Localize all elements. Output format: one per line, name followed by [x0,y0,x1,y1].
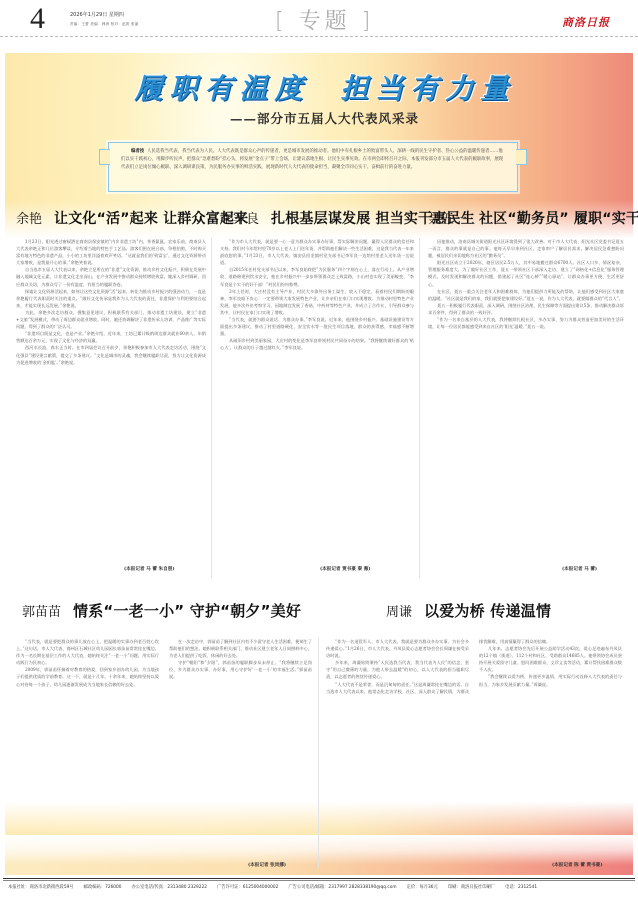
footer-divider-thin [3,880,635,881]
article-title: 社区“勤务员” 履职“实干家” [479,208,638,228]
representative-name: 余艳 [16,208,42,227]
paragraph: 3年上任时，大庄村没有主导产业，村民大多靠外出务工谋生，收入不稳定，看着村民们期… [220,288,414,316]
article-title: 情系“一老一小” 守护“朝夕”美好 [73,600,301,621]
article-byline: (本报记者 张岚娜) [248,862,286,868]
paragraph: 多年来，周谦始终秉持“人民选我当代表、我当代表为人民”的信念，坚守“用自己微薄的… [326,659,469,680]
representative-name: 周谦 [386,601,412,620]
article-body: 因他推动，洛南县城关街道阳光社区环境得到了很大改善。对于市人大代表、阳光社区党委… [428,238,624,563]
paragraph: 自2015年任村党支部书记以来，李军良始终把“为民服务”四个字刻在心上，落在行动… [220,266,414,287]
paragraph: 阳光社区成立于2020年，辖区居民2.5万人，其中易地搬迁群众6700人。社区人… [428,259,624,287]
article-title: 以爱为桥 传递温情 [424,600,551,621]
article-body: “作为一名退役军人、市人大代表，我就是要为群众多办实事、为社会多传递爱心。”1月… [326,638,622,860]
paragraph: 从破旧乡村到美丽家园，大庄村的变化是李军良带领村民共同奋斗的结果。“我将继续做好… [220,337,414,351]
editors-note-body: 人民选我当代表，我当代表为人民。人大代表既是群众心声的传递者，更是城市发展的推动… [121,149,503,170]
ad-contact: 广告公司电话/邮箱：2317997 2828338190@qq.com [288,884,396,890]
paragraph: 1月23日，阳光透过窗棂洒在商南县保安镇的“内乡非遗工坊”内，茶香氤氲。农家乐前… [16,238,206,266]
paragraph: “我会继续以爱为桥，传递更多温情，用实际行动诠释人大代表的责任与担当，为家乡发展… [479,673,622,687]
article-headline: 余艳 让文化“活”起来 让群众富起来 [16,208,248,228]
publisher-info: 本报社址：商洛市北新街西段59号 邮政编码：726000 办公室电话/传真：23… [8,884,634,890]
editors-note-text: 编者按 人民选我当代表，我当代表为人民。人大代表既是群众心声的传递者，更是城市发… [121,148,505,172]
paragraph: “当代表，就是要把群众的事儿放在心上，把温暖的实事办到老百姓心坎上。”这句话，市… [16,638,159,666]
masthead: 4 2026年1月29日 星期四 责编：王蕾 美编：韩涛 校对：赵波 张丽 [ … [0,0,638,40]
postcode: 邮政编码：726000 [84,884,122,890]
article-body: “当代表，就是要把群众的事儿放在心上，把温暖的实事办到老百姓心坎上。”这句话，市… [16,638,312,860]
publication-date: 2026年1月29日 星期四 [70,11,124,18]
paragraph: 探索让文化资源活起来，如何让这些文化资源“活”起来，转化为推动乡村振兴的强劲动力… [16,288,206,309]
feature-title: 履职有温度 担当有力量 [95,67,555,107]
paragraph: 为此，余艳多次走访群众，搜集意见建议，积极联系有关部门，推动非遗工坊建设，建立“… [16,309,206,330]
paragraph: 在社区，聂五一重点关注老年人和困难群体，为他们提供力所能及的帮助，让他们感受到社… [428,288,624,302]
footer-divider [3,878,635,879]
paragraph: 聂五一积极履行代表职责，深入调研，围绕社区治理、民生保障等方面提出建议5条，推动… [428,302,624,316]
section-label: [ 专题 ] [275,4,374,35]
column-divider [419,238,420,578]
subscription-price: 定价：每月36元 [407,884,438,890]
publisher-address: 本报社址：商洛市北新街西段59号 [8,884,74,890]
paragraph: “作为一名退役军人、市人大代表，我就是要为群众多办实事、为社会多传递爱心。”1月… [326,638,469,659]
paragraph: 因他推动，洛南县城关街道阳光社区环境得到了很大改善。对于市人大代表、阳光社区党委… [428,238,624,259]
representative-name: 郭苗苗 [22,601,61,620]
article-byline: (本报记者 陈 蕾 贾书豪) [552,862,603,868]
article-headline: 郭苗苗 情系“一老一小” 守护“朝夕”美好 [22,600,301,621]
article-byline: (本报记者 贾书豪 秦 薇) [320,566,371,572]
article-body: “作为市人大代表，就是要一心一意为群众办实事办好事，帮实际解决问题，赢得人民群众… [220,238,414,563]
article-headline: 周谦 以爱为桥 传递温情 [386,600,551,621]
editors-note: 编者按 人民选我当代表，我当代表为人民。人大代表既是群众心声的传递者，更是城市发… [108,142,518,192]
representative-name: 聂五一 [428,208,467,227]
column-divider [318,638,319,868]
printer: 印刷：商洛日报社印刷厂 [448,884,495,890]
paragraph: 2009年，郭苗苗怀揣着对教育的热爱，回到家乡创办幼儿园，为当地孩子们提供优质的… [16,666,159,687]
representative-name: 李军良 [220,208,259,227]
paragraph: “当代表，就要为群众说话、为群众办事。”李军良说。近年来，他围绕乡村振兴、基础设… [220,316,414,337]
paragraph: “作为市人大代表，就是要一心一意为群众办实事办好事，帮实际解决问题，赢得人民群众… [220,238,414,266]
article-byline: (本报记者 马 蕾 朱自朋) [124,566,175,572]
paragraph: “非遗项目既是文化，也是产业。”余艳介绍，近年来，工坊已累计吸纳周边群众就业60… [16,330,206,344]
paragraph: 西河水长流，春水正当时。在市四届会议召开前夕，余艳积极参加市人大代表走访活动，围… [16,344,206,365]
header-divider [0,36,638,37]
paragraph: 在一次走访中，郭苗苗了解到社区内有不少留守老人生活困难，便萌生了帮助他们的想法。… [169,638,312,659]
ad-license: 广告许可证：6125004000002 [217,884,278,890]
feature-subtitle: ——部分市五届人大代表风采录 [230,109,419,127]
paragraph: 几年来，志愿者协会先后开展公益助学活动43次，爱心足迹遍布丹凤县的12个镇（街道… [479,645,622,673]
editor-credits: 责编：王蕾 美编：韩涛 校对：赵波 张丽 [70,22,139,27]
page-number: 4 [30,4,45,34]
newspaper-logo: 商洛日报 [562,14,610,30]
column-divider [211,238,212,578]
paragraph: 自当选市五届人大代表以来，余艳立足所在的“非遗”文化资源，推动乡村文化振兴，积极… [16,266,206,287]
paragraph: “作为一名来自基层的人大代表，我将继续扎根社区，多办实事，努力为群众营造更加美好… [428,316,624,330]
article-byline: (本报记者 马 蕾) [562,566,597,572]
article-body: 1月23日，阳光透过窗棂洒在商南县保安镇的“内乡非遗工坊”内，茶香氤氲。农家乐前… [16,238,206,563]
printer-phone: 电话：2312541 [505,884,537,890]
editors-note-label: 编者按 [131,149,144,154]
paragraph: 守护“朝阳”和“夕阳”，郭苗苗的履职脚步从未停止。“我将继续立足岗位，多为群众办… [169,659,312,680]
article-headline: 聂五一 社区“勤务员” 履职“实干家” [428,208,638,228]
office-phone: 办公室电话/传真：2313480 2329222 [132,884,207,890]
